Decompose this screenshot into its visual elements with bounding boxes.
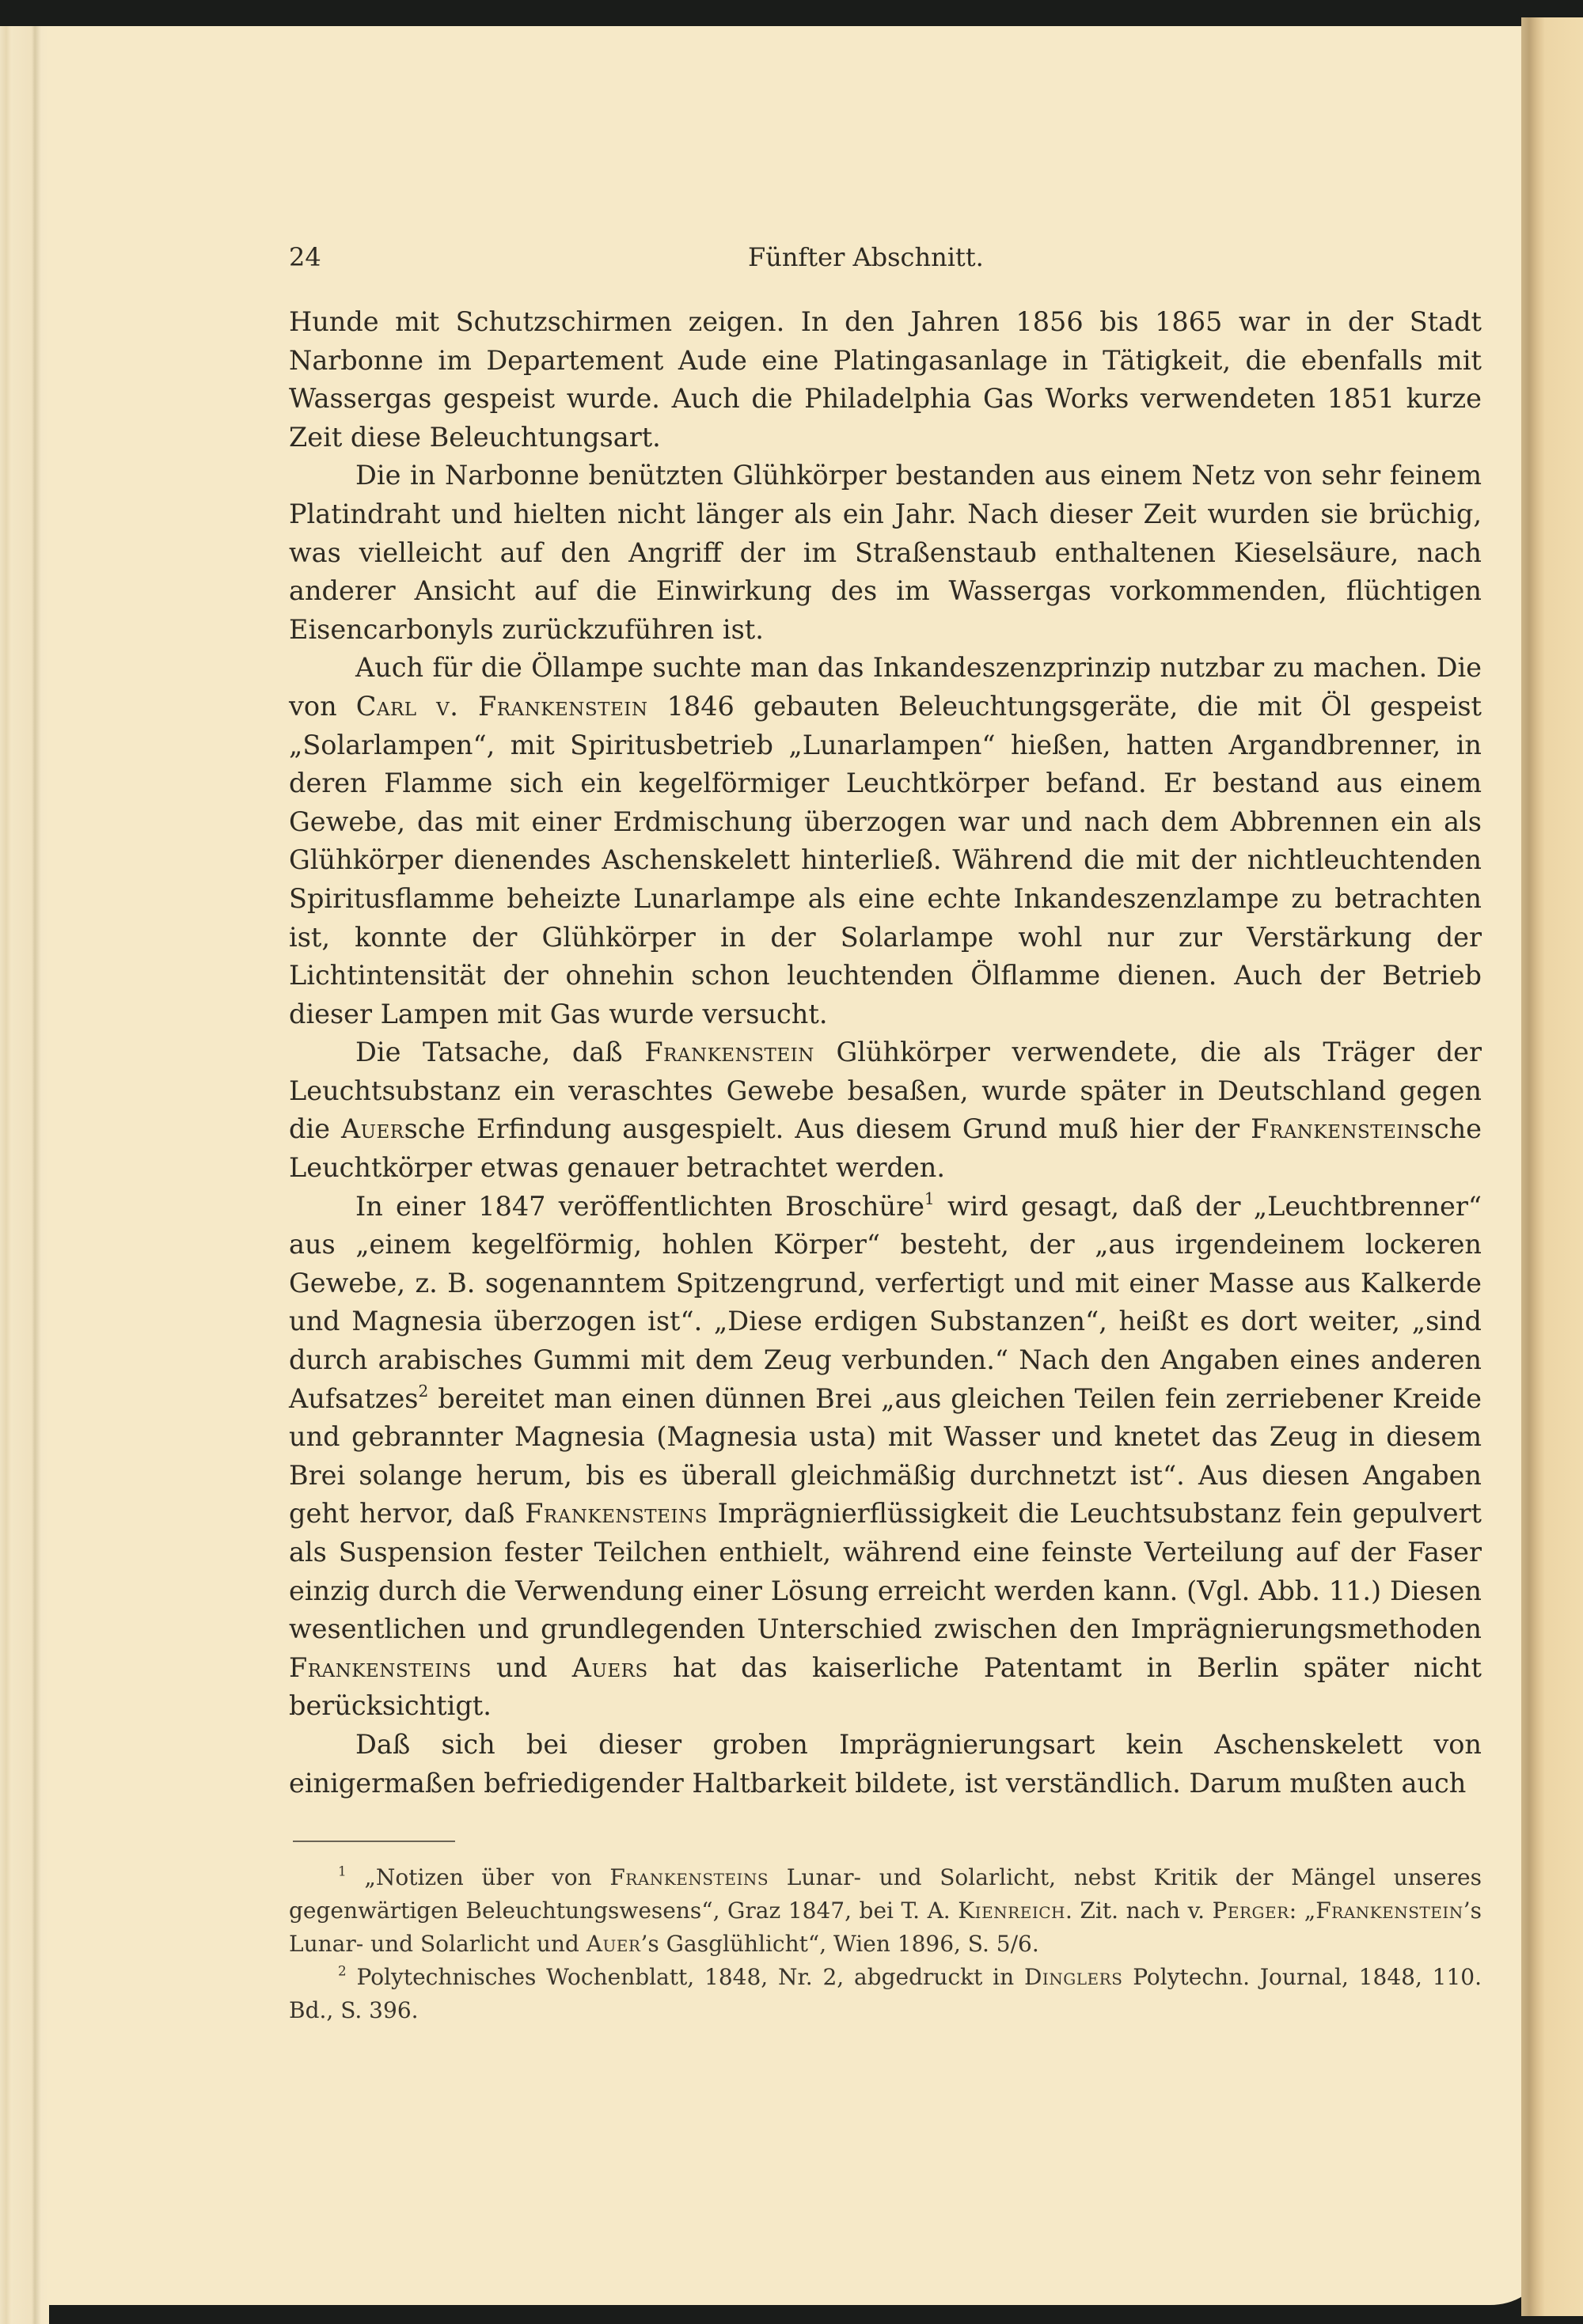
- text-run: : „: [1289, 1897, 1316, 1924]
- person-name: Frankensteins: [609, 1864, 769, 1890]
- person-name: Perger: [1213, 1897, 1289, 1924]
- text-run: 1846 gebauten Beleuchtungsgeräte, die mi…: [289, 691, 1482, 1029]
- text-run: und: [472, 1652, 572, 1683]
- footnote-marker: 2: [418, 1382, 428, 1401]
- paragraph: Auch für die Öllampe suchte man das Inka…: [289, 649, 1482, 1033]
- text-run: Die Tatsache, daß: [355, 1037, 644, 1067]
- text-run: Die in Narbonne benützten Glühkörper bes…: [289, 460, 1482, 644]
- text-run: wird gesagt, daß der „Leuchtbrenner“ aus…: [289, 1191, 1482, 1414]
- page-stack-edge: [0, 26, 49, 2324]
- paragraph: Die in Narbonne benützten Glühkörper bes…: [289, 457, 1482, 649]
- footnote-marker: 1: [338, 1863, 347, 1879]
- footnote-divider: [293, 1841, 455, 1842]
- person-name: Carl v. Frankenstein: [356, 691, 648, 722]
- page-number: 24: [289, 237, 321, 277]
- footnote: 2 Polytechnisches Wochenblatt, 1848, Nr.…: [289, 1961, 1482, 2027]
- footnote-marker: 2: [338, 1962, 347, 1978]
- person-name: Auers: [572, 1652, 648, 1683]
- person-name: Kienreich: [958, 1897, 1065, 1924]
- footnote-marker: 1: [924, 1189, 935, 1208]
- text-run: In einer 1847 veröffentlichten Broschüre: [355, 1191, 924, 1222]
- body-text: Hunde mit Schutzschirmen zeigen. In den …: [289, 303, 1482, 1803]
- text-run: sche Erfindung ausgespielt. Aus diesem G…: [404, 1113, 1251, 1144]
- person-name: Auer: [587, 1931, 641, 1957]
- text-run: „Notizen über von: [347, 1864, 610, 1890]
- person-name: Frankenstein: [1315, 1897, 1463, 1924]
- text-run: Hunde mit Schutzschirmen zeigen. In den …: [289, 306, 1482, 453]
- paragraph: Daß sich bei dieser groben Imprägnierung…: [289, 1726, 1482, 1803]
- text-run: ’s Gasglühlicht“, Wien 1896, S. 5/6.: [640, 1931, 1038, 1957]
- person-name: Dinglers: [1024, 1964, 1122, 1990]
- text-run: Daß sich bei dieser groben Imprägnierung…: [289, 1729, 1482, 1799]
- text-run: . Zit. nach v.: [1065, 1897, 1213, 1924]
- book-gutter: [1521, 17, 1583, 2316]
- footnote: 1 „Notizen über von Frankensteins Lunar-…: [289, 1861, 1482, 1961]
- paragraph: In einer 1847 veröffentlichten Broschüre…: [289, 1188, 1482, 1726]
- footnotes: 1 „Notizen über von Frankensteins Lunar-…: [289, 1861, 1482, 2027]
- running-title: Fünfter Abschnitt.: [748, 237, 984, 277]
- paragraph: Hunde mit Schutzschirmen zeigen. In den …: [289, 303, 1482, 457]
- person-name: Frankensteins: [525, 1498, 708, 1529]
- running-head: 24 Fünfter Abschnitt.: [289, 237, 1482, 277]
- person-name: Frankenstein: [1251, 1113, 1421, 1144]
- paragraph: Die Tatsache, daß Frankenstein Glühkörpe…: [289, 1033, 1482, 1187]
- person-name: Frankenstein: [644, 1037, 814, 1067]
- person-name: Frankensteins: [289, 1652, 472, 1683]
- text-run: Polytechnisches Wochenblatt, 1848, Nr. 2…: [347, 1964, 1024, 1990]
- person-name: Auer: [341, 1113, 404, 1144]
